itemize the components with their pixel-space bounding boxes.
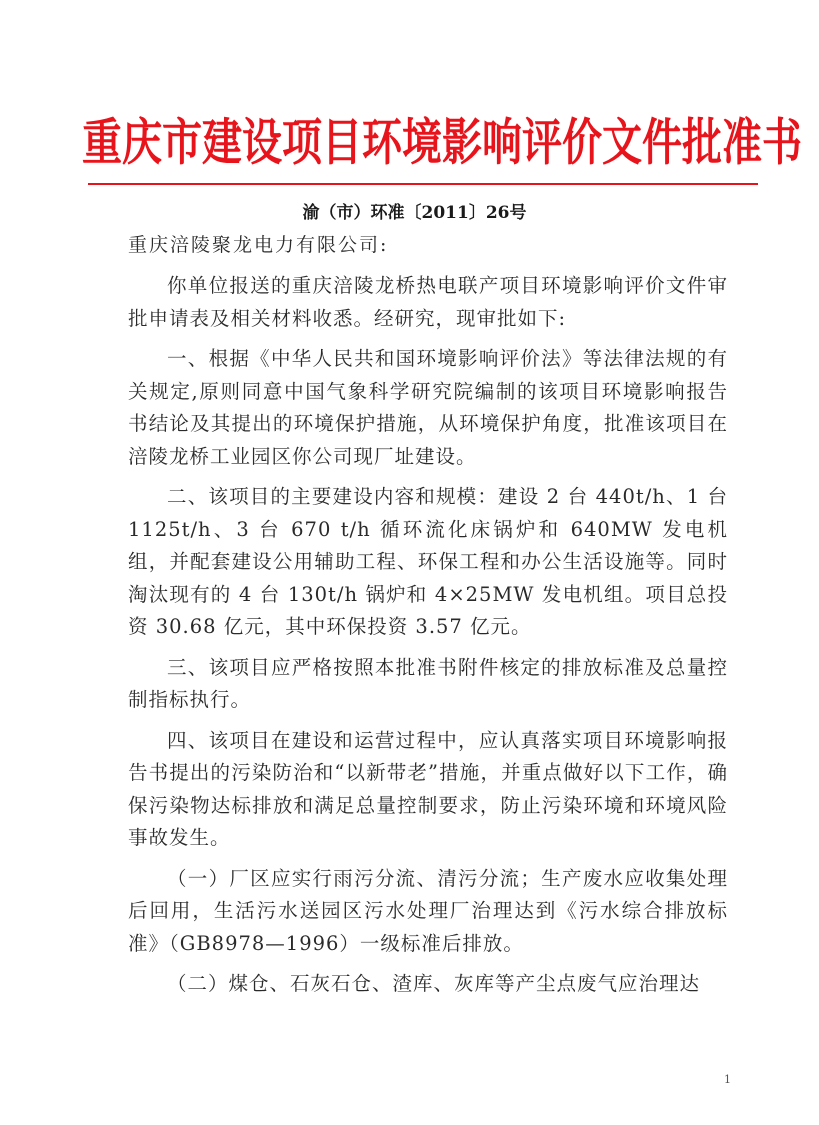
paragraph-subitem-2: （二）煤仓、石灰石仓、渣库、灰库等产尘点废气应治理达 (128, 968, 728, 1001)
red-header-rule (88, 183, 758, 185)
document-page: 重庆市建设项目环境影响评价文件批准书 渝（市）环准〔2011〕26号 重庆涪陵聚… (0, 0, 819, 1125)
paragraph-item-1: 一、根据《中华人民共和国环境影响评价法》等法律法规的有关规定,原则同意中国气象科… (128, 343, 728, 473)
page-number: 1 (724, 1073, 731, 1086)
document-number: 渝（市）环准〔2011〕26号 (0, 200, 819, 226)
paragraph-item-2: 二、该项目的主要建设内容和规模：建设 2 台 440t/h、1 台 1125t/… (128, 481, 728, 644)
document-body: 你单位报送的重庆涪陵龙桥热电联产项目环境影响评价文件审批申请表及相关材料收悉。经… (128, 270, 728, 1009)
addressee: 重庆涪陵聚龙电力有限公司: (128, 232, 388, 258)
paragraph-intro: 你单位报送的重庆涪陵龙桥热电联产项目环境影响评价文件审批申请表及相关材料收悉。经… (128, 270, 728, 335)
paragraph-item-4: 四、该项目在建设和运营过程中，应认真落实项目环境影响报告书提出的污染防治和“以新… (128, 725, 728, 855)
document-title: 重庆市建设项目环境影响评价文件批准书 (82, 98, 754, 188)
paragraph-subitem-1: （一）厂区应实行雨污分流、清污分流；生产废水应收集处理后回用，生活污水送园区污水… (128, 863, 728, 961)
paragraph-item-3: 三、该项目应严格按照本批准书附件核定的排放标准及总量控制指标执行。 (128, 652, 728, 717)
